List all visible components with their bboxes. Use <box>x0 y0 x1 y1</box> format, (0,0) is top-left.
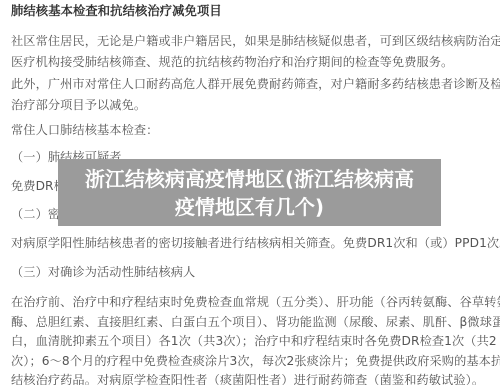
paragraph-line: 社区常住居民，无论是户籍或非户籍居民，如果是肺结核疑似患者，可到区级结核病防治定… <box>11 33 500 49</box>
paragraph-line: 白，血清胱抑素五个项目）各1次（共3次）；治疗中和疗程结束时各免费DR检查1次（… <box>11 333 497 349</box>
paragraph-line: 次）；6～8个月的疗程中免费检查痰涂片3次，每次2张痰涂片；免费提供政府采购的基… <box>11 353 500 369</box>
subsection-heading: （三）对确诊为活动性肺结核病人 <box>11 264 195 280</box>
paragraph-line: 此外，广州市对常住人口耐药高危人群开展免费耐药筛查，对户籍耐多药结核患者诊断及检… <box>11 76 500 92</box>
paragraph-line: 医疗机构接受肺结核筛查、规范的抗结核药物治疗和治疗期间的检查等免费服务。 <box>11 54 453 70</box>
paragraph-line: 在治疗前、治疗中和疗程结束时免费检查血常规（五分类）、肝功能（谷丙转氨酶、谷草转… <box>11 294 500 310</box>
overlay-title-line-2: 疫情地区有几个) <box>58 193 441 221</box>
section-label: 常住人口肺结核基本检查： <box>11 122 158 138</box>
paragraph-line: 酶、总胆红素、直接胆红素、白蛋白五个项目）、肾功能监测（尿酸、尿素、肌酐、β微球… <box>11 314 500 330</box>
title-overlay-banner: 浙江结核病高疫情地区(浙江结核病高 疫情地区有几个) <box>58 159 441 226</box>
paragraph-line: 对病原学阳性肺结核患者的密切接触者进行结核病相关筛查。免费DR1次和（或）PPD… <box>11 235 500 251</box>
paragraph-line: 治疗部分项目予以减免。 <box>11 97 146 113</box>
document-heading: 肺结核基本检查和抗结核治疗减免项目 <box>11 3 222 19</box>
overlay-title-line-1: 浙江结核病高疫情地区(浙江结核病高 <box>58 165 441 193</box>
paragraph-line: 结核治疗药品。对病原学检查阳性者（痰菌阳性者）进行耐药筛查（菌鉴和药敏试验）。 <box>11 372 484 385</box>
